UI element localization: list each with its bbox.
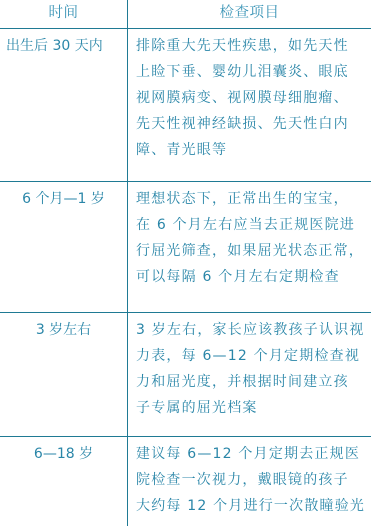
items-cell: 排除重大先天性疾患，如先天性 上睑下垂、婴幼儿泪囊炎、眼底 视网膜病变、视网膜母… (128, 29, 371, 181)
header-items: 检查项目 (128, 0, 371, 28)
time-cell: 6—18 岁 (0, 437, 128, 526)
table-row: 6—18 岁 建议每 6—12 个月定期去正规医 院检查一次视力，戴眼镜的孩子 … (0, 437, 371, 526)
table-row: 3 岁左右 3 岁左右，家长应该教孩子认识视 力表，每 6—12 个月定期检查视… (0, 313, 371, 437)
table-header-row: 时间 检查项目 (0, 0, 371, 29)
header-time: 时间 (0, 0, 128, 28)
eye-exam-schedule-table: 时间 检查项目 出生后 30 天内 排除重大先天性疾患，如先天性 上睑下垂、婴幼… (0, 0, 371, 526)
time-cell: 3 岁左右 (0, 313, 128, 436)
items-cell: 理想状态下，正常出生的宝宝， 在 6 个月左右应当去正规医院进 行屈光筛查，如果… (128, 182, 371, 312)
table-row: 6 个月—1 岁 理想状态下，正常出生的宝宝， 在 6 个月左右应当去正规医院进… (0, 182, 371, 313)
items-cell: 3 岁左右，家长应该教孩子认识视 力表，每 6—12 个月定期检查视 力和屈光度… (128, 313, 371, 436)
table-row: 出生后 30 天内 排除重大先天性疾患，如先天性 上睑下垂、婴幼儿泪囊炎、眼底 … (0, 29, 371, 182)
time-cell: 6 个月—1 岁 (0, 182, 128, 312)
items-cell: 建议每 6—12 个月定期去正规医 院检查一次视力，戴眼镜的孩子 大约每 12 … (128, 437, 371, 526)
time-cell: 出生后 30 天内 (0, 29, 128, 181)
